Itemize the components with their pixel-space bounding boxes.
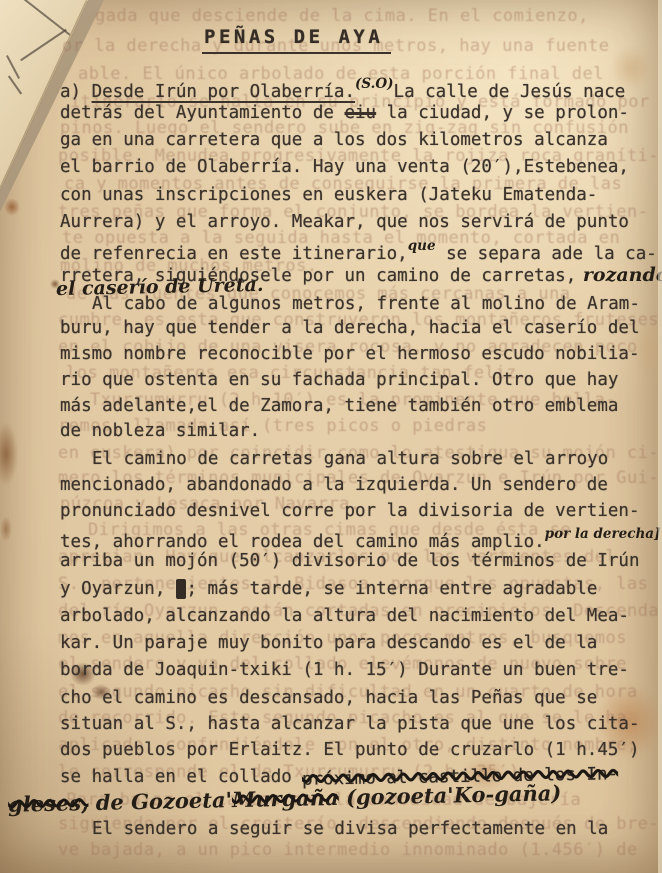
text-segment: a) <box>60 82 92 102</box>
text-segment: se halla en el collado <box>60 767 302 787</box>
text-segment: dos pueblos por Erlaitz. El punto de cru… <box>60 740 639 760</box>
typed-line: El sendero a seguir se divisa perfectame… <box>92 819 608 839</box>
text-segment: detrás del Ayuntamiento de <box>60 103 344 123</box>
text-segment: más adelante,el de Zamora, tiene también… <box>60 396 618 416</box>
text-segment: tes, ahorrando el rodea del camino más a… <box>60 532 545 552</box>
text-segment: de Gozoeta' <box>88 787 232 815</box>
text-segment: mismo nombre reconocible por el hermoso … <box>60 344 639 364</box>
scanned-document-page: { "page": { "title": "PEÑAS DE AYA", "in… <box>0 0 662 873</box>
typed-line: mencionado, abandonado a la izquierda. U… <box>60 475 608 495</box>
typed-line: dos pueblos por Erlaitz. El punto de cru… <box>60 740 639 760</box>
text-segment: buru, hay que tender a la derecha, hacia… <box>60 318 639 338</box>
text-segment: ; más tarde, se interna entre agradable <box>186 579 597 599</box>
text-segment: ga en una carretera que a los dos kilome… <box>60 130 608 150</box>
typed-line: El camino de carretas gana altura sobre … <box>92 449 608 469</box>
typed-line: el barrio de Olaberría. Hay una venta (2… <box>60 157 629 177</box>
scan-edge <box>658 0 662 873</box>
text-segment: Aurrera) y el arroyo. Meakar, que nos se… <box>60 212 629 232</box>
text-segment: kar. Un paraje muy bonito para descando … <box>60 633 597 653</box>
text-segment: Al cabo de algunos metros, frente al mol… <box>92 294 640 314</box>
text-segment: El sendero a seguir se divisa perfectame… <box>92 819 608 839</box>
text-segment: El camino de carretas gana altura sobre … <box>92 449 608 469</box>
text-segment: situan al S., hasta alcanzar la pista qu… <box>60 714 639 734</box>
text-segment: por la derecha] <box>545 526 661 542</box>
text-segment: cho el camino es descansado, hacia las P… <box>60 688 597 708</box>
text-segment: La calle de Jesús nace <box>394 82 626 102</box>
text-segment: eiu <box>344 103 376 123</box>
text-segment: y Oyarzun, <box>60 579 176 599</box>
typed-line: pronunciado desnivel corre por la diviso… <box>60 501 639 521</box>
typed-line: Al cabo de algunos metros, frente al mol… <box>92 294 640 314</box>
typed-line: buru, hay que tender a la derecha, hacia… <box>60 318 639 338</box>
text-segment: (gozoeta'Ko-gaña) <box>338 780 561 810</box>
text-segment: se separa ade la ca- <box>436 244 657 264</box>
text-segment: el barrio de Olaberría. Hay una venta (2… <box>60 157 629 177</box>
typed-line: con unas inscripciones en euskera (Jatek… <box>60 185 597 205</box>
typed-line: ga en una carretera que a los dos kilome… <box>60 130 608 150</box>
typed-line: mismo nombre reconocible por el hermoso … <box>60 344 639 364</box>
text-segment: rozando <box>576 264 662 286</box>
text-segment: Murgaña <box>232 785 339 812</box>
ghost-line: gada que desciende de la cima. En el com… <box>95 6 589 26</box>
typed-line: a) Desde Irún por Olaberría.(S.O)La call… <box>60 76 625 102</box>
typed-line: detrás del Ayuntamiento de eiu la ciudad… <box>60 103 629 123</box>
text-segment: de refenrecia en este itinerario, <box>60 244 408 264</box>
typed-line: kar. Un paraje muy bonito para descando … <box>60 633 597 653</box>
text-segment: Desde Irún por Olaberría. <box>92 82 355 102</box>
typed-line: rio que ostenta en su fachada principal.… <box>60 370 618 390</box>
text-segment: s <box>176 579 187 599</box>
text-segment: que <box>408 238 436 254</box>
typed-line: borda de Joaquin-txiki (1 h. 15′) Durant… <box>60 660 629 680</box>
text-segment: gleses, <box>8 790 89 817</box>
text-segment: arbolado, alcanzando la altura del nacim… <box>60 606 629 626</box>
typed-line: Aurrera) y el arroyo. Meakar, que nos se… <box>60 212 629 232</box>
text-segment: con unas inscripciones en euskera (Jatek… <box>60 185 597 205</box>
typed-line: más adelante,el de Zamora, tiene también… <box>60 396 618 416</box>
typed-line: de nobleza similar. <box>60 421 260 441</box>
text-segment: arriba un mojón (50′) divisorio de los t… <box>60 551 639 571</box>
text-segment: rio que ostenta en su fachada principal.… <box>60 370 618 390</box>
ghost-line: ve bajada, a un pico intermedio innomina… <box>58 840 638 860</box>
typed-line: y Oyarzun, s; más tarde, se interna entr… <box>60 579 597 599</box>
typed-line: arbolado, alcanzando la altura del nacim… <box>60 606 629 626</box>
typed-line: tes, ahorrando el rodea del camino más a… <box>60 526 662 552</box>
typed-line: de refenrecia en este itinerario,que se … <box>60 238 657 264</box>
document-title: PEÑAS DE AYA <box>202 26 391 54</box>
text-segment: de nobleza similar. <box>60 421 260 441</box>
typed-line: situan al S., hasta alcanzar la pista qu… <box>60 714 639 734</box>
typed-line: arriba un mojón (50′) divisorio de los t… <box>60 551 639 571</box>
typed-line: cho el camino es descansado, hacia las P… <box>60 688 597 708</box>
text-segment: borda de Joaquin-txiki (1 h. 15′) Durant… <box>60 660 629 680</box>
text-segment: mencionado, abandonado a la izquierda. U… <box>60 475 608 495</box>
text-segment: (S.O) <box>355 76 394 92</box>
text-segment: la ciudad, y se prolon- <box>376 103 629 123</box>
text-segment: pronunciado desnivel corre por la diviso… <box>60 501 639 521</box>
